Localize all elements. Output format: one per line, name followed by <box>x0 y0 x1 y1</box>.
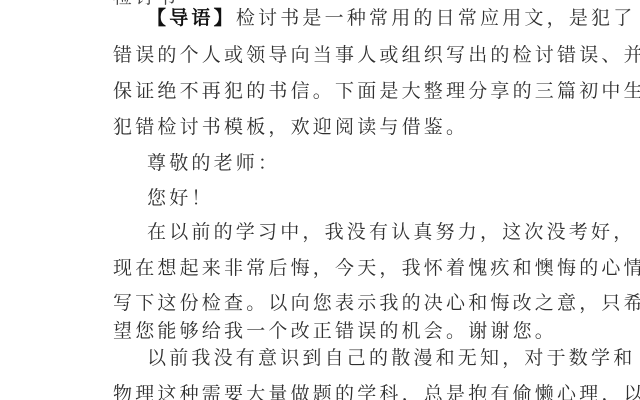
greeting: 您好！ <box>147 187 214 209</box>
paragraph1-line-4: 望您能够给我一个改正错误的机会。谢谢您。 <box>113 320 557 342</box>
intro-line-3: 保证绝不再犯的书信。下面是大整理分享的三篇初中生 <box>113 80 640 102</box>
intro-label-close: 】 <box>214 7 236 29</box>
paragraph1-line-2: 现在想起来非常后悔，今天，我怀着愧疚和懊悔的心情， <box>113 257 640 279</box>
document-page: 检讨书 【导语】检讨书是一种常用的日常应用文，是犯了 错误的个人或领导向当事人或… <box>113 0 533 400</box>
intro-line-1: 【导语】检讨书是一种常用的日常应用文，是犯了 <box>147 7 635 29</box>
intro-line-2: 错误的个人或领导向当事人或组织写出的检讨错误、并 <box>113 44 640 66</box>
paragraph1-line-1: 在以前的学习中，我没有认真努力，这次没考好， <box>147 221 635 243</box>
intro-text: 检讨书是一种常用的日常应用文，是犯了 <box>236 7 636 29</box>
paragraph2-line-2: 物理这种需要大量做题的学科，总是抱有偷懒心理，以 <box>113 383 640 400</box>
paragraph2-line-1: 以前我没有意识到自己的散漫和无知，对于数学和 <box>147 347 635 369</box>
paragraph1-line-3: 写下这份检查。以向您表示我的决心和悔改之意，只希 <box>113 292 640 314</box>
intro-label: 导语 <box>169 7 213 29</box>
intro-line-4: 犯错检讨书模板，欢迎阅读与借鉴。 <box>113 116 468 138</box>
salutation: 尊敬的老师： <box>147 152 280 174</box>
intro-label-open: 【 <box>147 7 169 29</box>
